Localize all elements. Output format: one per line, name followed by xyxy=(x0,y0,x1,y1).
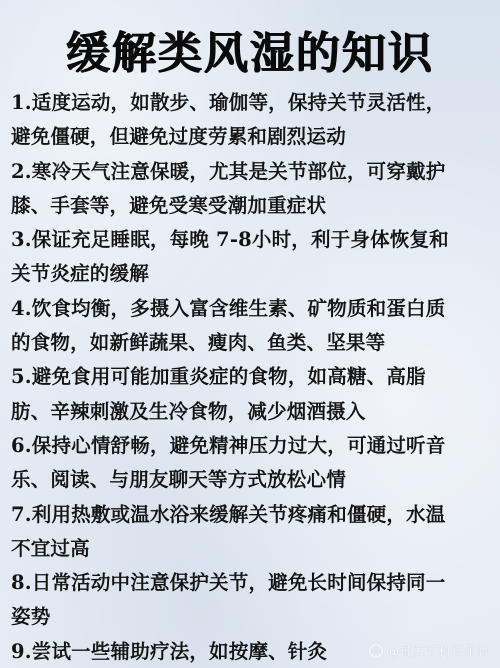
tip-line: 乐、阅读、与朋友聊天等方式放松心情 xyxy=(11,463,497,497)
tip-line: 不宜过高 xyxy=(11,532,497,566)
tip-line: 膝、手套等，避免受寒受潮加重症状 xyxy=(11,189,497,223)
list-item: 2.寒冷天气注意保暖，尤其是关节部位，可穿戴护 膝、手套等，避免受寒受潮加重症状 xyxy=(11,155,497,224)
tips-list: 1.适度运动，如散步、瑜伽等，保持关节灵活性， 避免僵硬，但避免过度劳累和剧烈运… xyxy=(11,86,497,668)
tip-line: 3.保证充足睡眠，每晚 7-8小时，利于身体恢复和 xyxy=(11,223,497,257)
watermark-text: @骨关节科郑永智 xyxy=(386,641,490,660)
page-title: 缓解类风湿的知识 xyxy=(0,26,500,82)
tip-line: 姿势 xyxy=(11,600,497,634)
tip-line: 1.适度运动，如散步、瑜伽等，保持关节灵活性， xyxy=(11,86,497,120)
list-item: 4.饮食均衡，多摄入富含维生素、矿物质和蛋白质 的食物，如新鲜蔬果、瘦肉、鱼类、… xyxy=(11,292,497,361)
list-item: 1.适度运动，如散步、瑜伽等，保持关节灵活性， 避免僵硬，但避免过度劳累和剧烈运… xyxy=(11,86,497,155)
tip-line: 关节炎症的缓解 xyxy=(11,257,497,291)
tip-line: 的食物，如新鲜蔬果、瘦肉、鱼类、坚果等 xyxy=(11,326,497,360)
tip-line: 8.日常活动中注意保护关节，避免长时间保持同一 xyxy=(11,566,497,600)
list-item: 3.保证充足睡眠，每晚 7-8小时，利于身体恢复和 关节炎症的缓解 xyxy=(11,223,497,292)
tip-line: 避免僵硬，但避免过度劳累和剧烈运动 xyxy=(11,120,497,154)
tip-line: 2.寒冷天气注意保暖，尤其是关节部位，可穿戴护 xyxy=(11,155,497,189)
tip-line: 肪、辛辣刺激及生冷食物，减少烟酒摄入 xyxy=(11,395,497,429)
list-item: 6.保持心情舒畅，避免精神压力过大，可通过听音 乐、阅读、与朋友聊天等方式放松心… xyxy=(11,429,497,498)
tip-line: 7.利用热敷或温水浴来缓解关节疼痛和僵硬，水温 xyxy=(11,498,497,532)
tip-line: 6.保持心情舒畅，避免精神压力过大，可通过听音 xyxy=(11,429,497,463)
tip-line: 5.避免食用可能加重炎症的食物，如高糖、高脂 xyxy=(11,360,497,394)
list-item: 8.日常活动中注意保护关节，避免长时间保持同一 姿势 xyxy=(11,566,497,635)
list-item: 5.避免食用可能加重炎症的食物，如高糖、高脂 肪、辛辣刺激及生冷食物，减少烟酒摄… xyxy=(11,360,497,429)
watermark: ◎ @骨关节科郑永智 xyxy=(369,641,490,660)
list-item: 7.利用热敷或温水浴来缓解关节疼痛和僵硬，水温 不宜过高 xyxy=(11,498,497,567)
tip-line: 4.饮食均衡，多摄入富含维生素、矿物质和蛋白质 xyxy=(11,292,497,326)
platform-logo-icon: ◎ xyxy=(369,644,383,658)
